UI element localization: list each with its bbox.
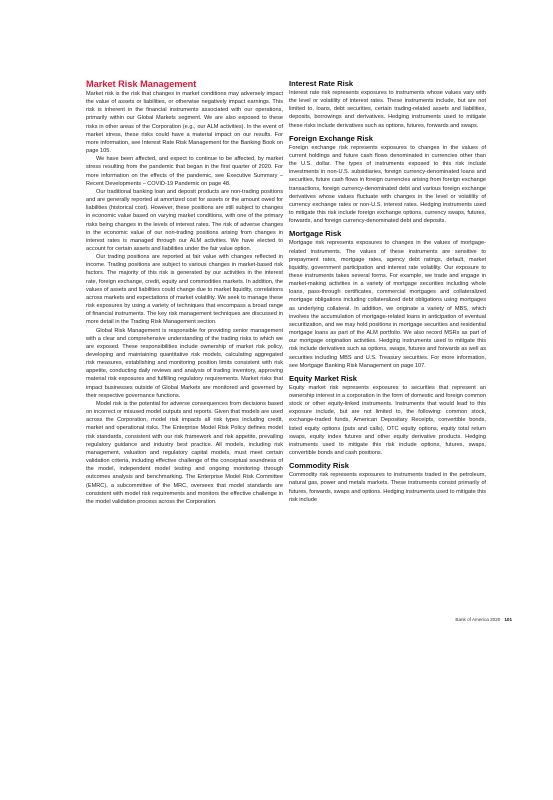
paragraph: Equity market risk represents exposures … xyxy=(289,384,486,457)
page-footer: Bank of America 2020101 xyxy=(420,617,512,622)
page-number: 101 xyxy=(504,617,512,622)
paragraph: Commodity risk represents exposures to i… xyxy=(289,471,486,504)
section-title-market-risk-management: Market Risk Management xyxy=(86,79,283,89)
section-title-commodity-risk: Commodity Risk xyxy=(289,461,486,470)
document-page: Market Risk Management Market risk is th… xyxy=(0,0,553,800)
paragraph: Our trading positions are reported at fa… xyxy=(86,253,283,326)
section-title-foreign-exchange-risk: Foreign Exchange Risk xyxy=(289,134,486,143)
paragraph: Interest rate risk represents exposures … xyxy=(289,89,486,130)
section-title-equity-market-risk: Equity Market Risk xyxy=(289,374,486,383)
paragraph: Our traditional banking loan and deposit… xyxy=(86,188,283,253)
paragraph: Mortgage risk represents exposures to ch… xyxy=(289,239,486,370)
right-column: Interest Rate Risk Interest rate risk re… xyxy=(289,79,486,504)
section-title-interest-rate-risk: Interest Rate Risk xyxy=(289,79,486,88)
footer-source: Bank of America 2020 xyxy=(455,617,500,622)
paragraph: Foreign exchange risk represents exposur… xyxy=(289,144,486,226)
section-title-mortgage-risk: Mortgage Risk xyxy=(289,229,486,238)
paragraph: Global Risk Management is responsible fo… xyxy=(86,327,283,400)
paragraph: We have been affected, and expect to con… xyxy=(86,155,283,188)
paragraph: Market risk is the risk that changes in … xyxy=(86,90,283,155)
paragraph: Model risk is the potential for adverse … xyxy=(86,400,283,506)
left-column: Market Risk Management Market risk is th… xyxy=(86,79,283,506)
